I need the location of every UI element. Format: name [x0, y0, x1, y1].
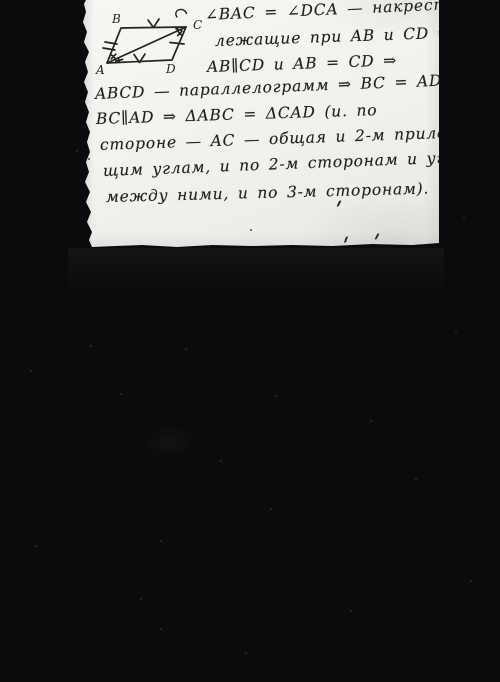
handwritten-line-2: лежащие при AB и CD ⇒ [215, 23, 452, 51]
scan-noise-speck [415, 478, 417, 480]
vertex-label-d: D [165, 62, 176, 76]
scan-noise-speck [185, 348, 187, 350]
scan-noise-speck [270, 508, 272, 510]
scan-noise-speck [245, 652, 247, 654]
scan-noise-speck [120, 393, 122, 395]
scan-noise-speck [470, 580, 472, 582]
scan-noise-speck [160, 540, 162, 542]
ink-speck [88, 158, 90, 160]
stray-pen-mark [344, 236, 348, 243]
double-tick-ab-icon [103, 42, 117, 50]
scribble-circle-icon [176, 9, 187, 17]
scan-noise-speck [30, 370, 32, 372]
paper-sheet: A B C D ∠BAC = ∠DCA — накрест лежащие пр… [82, 0, 439, 248]
scan-noise-speck [220, 460, 222, 462]
vertex-label-c: C [193, 18, 202, 32]
scan-noise-speck [160, 628, 162, 630]
scan-noise-speck [370, 420, 372, 422]
stray-pen-mark [337, 200, 342, 207]
scanned-photo: A B C D ∠BAC = ∠DCA — накрест лежащие пр… [0, 0, 500, 682]
parallelogram-figure: A B C D [92, 4, 222, 79]
equal-tick-bc-icon [148, 19, 159, 28]
handwritten-line-5: BC∥AD ⇒ ΔABC = ΔCAD (и. по [96, 100, 378, 129]
scan-noise-speck [455, 330, 457, 332]
scan-noise-speck [90, 345, 92, 347]
scan-noise-speck [275, 395, 277, 397]
scan-noise-speck [140, 598, 142, 600]
vertex-label-b: B [111, 12, 121, 26]
vertex-label-a: A [95, 63, 105, 77]
scan-noise-speck [35, 545, 37, 547]
handwritten-line-1: ∠BAC = ∠DCA — накрест [205, 0, 450, 25]
scan-smudge [140, 422, 198, 462]
scan-noise-speck [350, 610, 352, 612]
scan-noise-speck [463, 217, 465, 219]
tick-cd-icon [170, 43, 184, 45]
handwritten-line-8: между ними, и по 3-м сторонам). [106, 179, 430, 207]
stray-pen-mark [375, 233, 380, 240]
scan-noise-speck [76, 150, 78, 152]
ink-speck [250, 229, 252, 231]
scan-shadow-band [68, 248, 444, 294]
